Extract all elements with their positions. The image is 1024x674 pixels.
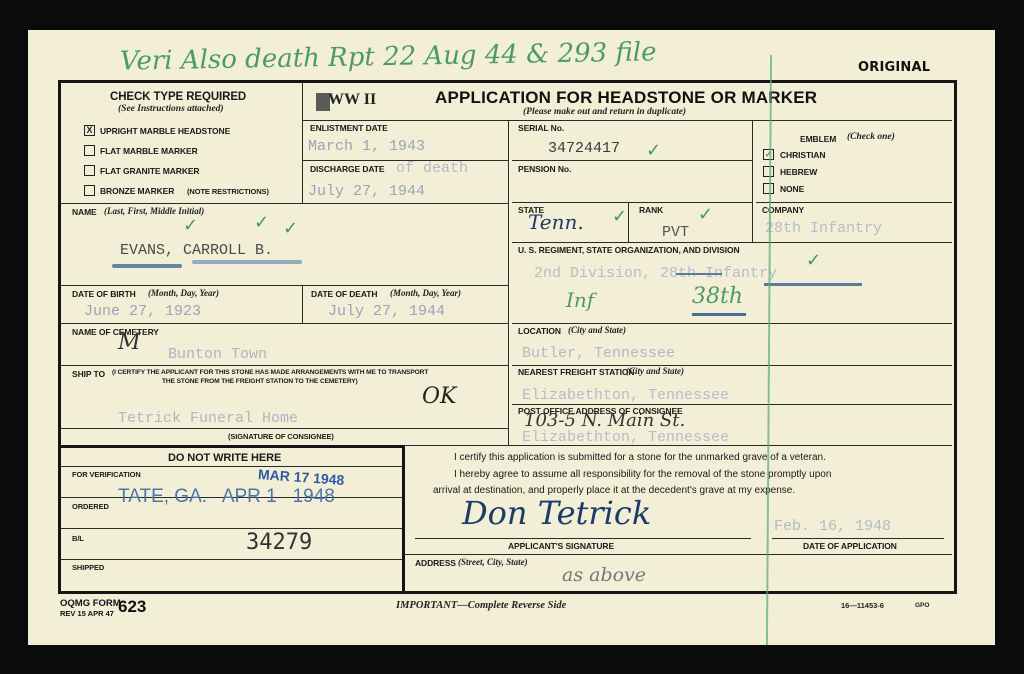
cemetery-value[interactable]: Bunton Town — [168, 346, 267, 363]
consignee-address-handwritten: 103-5 N. Main St. — [524, 410, 685, 431]
divider — [512, 160, 752, 161]
regiment-label: U. S. REGIMENT, STATE ORGANIZATION, AND … — [518, 245, 740, 255]
divider — [512, 202, 752, 203]
divider — [61, 203, 508, 204]
divider — [61, 323, 508, 324]
ship-to-certify-line1: (I CERTIFY THE APPLICANT FOR THIS STONE … — [112, 369, 428, 376]
checkmark-icon: ✓ — [646, 140, 661, 161]
address-label-note: (Street, City, State) — [458, 557, 528, 567]
ship-to-label: SHIP TO — [72, 369, 105, 379]
location-value[interactable]: Butler, Tennessee — [522, 345, 675, 362]
divider — [61, 466, 402, 467]
consignee-address-value[interactable]: Elizabethton, Tennessee — [522, 429, 729, 446]
form-id-line1: OQMG FORM — [60, 598, 121, 609]
shipped-label: SHIPPED — [72, 563, 104, 572]
regiment-handwritten-correction: 38th — [692, 284, 743, 309]
emblem-label: EMBLEM — [800, 134, 836, 144]
location-label-note: (City and State) — [568, 325, 626, 335]
date-of-application-value[interactable]: Feb. 16, 1948 — [774, 518, 891, 535]
divider — [61, 285, 508, 286]
divider — [61, 428, 508, 429]
ship-to-value[interactable]: Tetrick Funeral Home — [118, 410, 298, 427]
underline-mark — [692, 313, 746, 316]
certification-line2: I hereby agree to assume all responsibil… — [454, 469, 831, 480]
name-label: NAME — [72, 207, 97, 217]
name-value[interactable]: EVANS, CARROLL B. — [120, 242, 273, 259]
for-verification-label: FOR VERIFICATION — [72, 470, 141, 479]
date-of-death-label-note: (Month, Day, Year) — [390, 288, 461, 298]
option-label: FLAT GRANITE MARKER — [100, 166, 199, 176]
checkmark-icon: ✓ — [612, 206, 627, 227]
option-label: FLAT MARBLE MARKER — [100, 146, 198, 156]
discharge-date-label: DISCHARGE DATE — [310, 164, 384, 174]
checkmark-icon: ✓ — [283, 218, 298, 239]
checkmark-icon: ✓ — [183, 215, 198, 236]
certification-line1: I certify this application is submitted … — [454, 452, 826, 463]
checkbox-flat-granite[interactable] — [84, 165, 95, 176]
consignee-signature-label: (SIGNATURE OF CONSIGNEE) — [228, 432, 334, 441]
applicant-signature[interactable]: Don Tetrick — [462, 494, 651, 532]
emblem-option-label: HEBREW — [780, 167, 817, 177]
freight-station-label: NEAREST FREIGHT STATION — [518, 367, 634, 377]
option-note: (NOTE RESTRICTIONS) — [187, 187, 269, 196]
freight-station-label-note: (City and State) — [626, 366, 684, 376]
checkbox-bronze[interactable] — [84, 185, 95, 196]
divider — [61, 559, 402, 560]
date-of-application-label: DATE OF APPLICATION — [803, 541, 897, 551]
divider — [61, 365, 508, 366]
check-type-subheading: (See Instructions attached) — [118, 104, 224, 114]
original-label: ORIGINAL — [858, 60, 930, 75]
ship-to-certify-line2: THE STONE FROM THE FREIGHT STATION TO TH… — [162, 378, 358, 385]
underline-mark — [764, 283, 862, 286]
ship-to-handwritten-mark: OK — [422, 384, 456, 409]
divider — [61, 528, 402, 529]
divider — [512, 404, 952, 405]
enlistment-date-value[interactable]: March 1, 1943 — [308, 138, 425, 155]
divider — [512, 323, 952, 324]
applicant-signature-label: APPLICANT'S SIGNATURE — [508, 541, 614, 551]
enlistment-date-label: ENLISTMENT DATE — [310, 123, 388, 133]
cemetery-label: NAME OF CEMETERY — [72, 327, 159, 337]
underline-mark — [112, 264, 182, 268]
address-label: ADDRESS — [415, 558, 456, 568]
ordered-label: ORDERED — [72, 502, 109, 511]
divider — [756, 202, 952, 203]
freight-station-value[interactable]: Elizabethton, Tennessee — [522, 387, 729, 404]
divider — [302, 83, 303, 203]
strikethrough-mark — [676, 273, 722, 275]
divider — [628, 202, 629, 242]
divider — [302, 120, 952, 121]
important-note: IMPORTANT—Complete Reverse Side — [396, 600, 566, 611]
underline-mark — [192, 260, 302, 264]
checkmark-icon: ✓ — [698, 204, 713, 225]
emblem-option-label: NONE — [780, 184, 804, 194]
date-of-birth-label: DATE OF BIRTH — [72, 289, 136, 299]
serial-no-value[interactable]: 34724417 — [548, 140, 620, 157]
regiment-handwritten-note: Inf — [566, 288, 594, 312]
checkmark-icon: ✓ — [254, 212, 269, 233]
date-of-birth-value[interactable]: June 27, 1923 — [84, 303, 201, 320]
discharge-date-note: of death — [396, 160, 468, 177]
divider — [772, 538, 944, 539]
pension-no-label: PENSION No. — [518, 164, 571, 174]
rank-label: RANK — [639, 205, 663, 215]
form-number: 623 — [118, 597, 146, 617]
gpo-label: GPO — [915, 602, 929, 609]
divider — [512, 242, 952, 243]
serial-no-label: SERIAL No. — [518, 123, 564, 133]
print-code: 16—11453-6 — [841, 601, 884, 610]
checkbox-flat-marble[interactable] — [84, 145, 95, 156]
checkbox-upright-marble[interactable]: X — [84, 125, 95, 136]
bl-value: 34279 — [246, 530, 312, 555]
form-id-line2: REV 15 APR 47 — [60, 609, 114, 618]
form-title: APPLICATION FOR HEADSTONE OR MARKER — [435, 88, 817, 108]
divider — [302, 285, 303, 323]
date-of-death-value[interactable]: July 27, 1944 — [328, 303, 445, 320]
option-label: UPRIGHT MARBLE HEADSTONE — [100, 126, 230, 136]
address-value[interactable]: as above — [562, 564, 646, 586]
rank-value[interactable]: PVT — [662, 224, 689, 241]
checkmark-icon: ✓ — [806, 250, 821, 271]
ordered-stamp: TATE, GA. APR 1 1948 — [118, 486, 335, 508]
divider — [508, 120, 509, 445]
divider — [415, 538, 751, 539]
form-subtitle: (Please make out and return in duplicate… — [523, 107, 686, 117]
emblem-label-note: (Check one) — [847, 132, 895, 142]
discharge-date-value[interactable]: July 27, 1944 — [308, 183, 425, 200]
cemetery-handwritten-mark: M — [118, 330, 141, 355]
bl-label: B/L — [72, 534, 84, 543]
divider — [405, 554, 952, 555]
state-value[interactable]: Tenn. — [528, 210, 584, 234]
ww2-label: WW II — [328, 91, 376, 109]
location-label: LOCATION — [518, 326, 561, 336]
divider — [752, 120, 753, 243]
date-of-birth-label-note: (Month, Day, Year) — [148, 288, 219, 298]
date-of-death-label: DATE OF DEATH — [311, 289, 377, 299]
divider — [512, 365, 952, 366]
emblem-option-label: CHRISTIAN — [780, 150, 825, 160]
option-label: BRONZE MARKER — [100, 186, 174, 196]
check-type-heading: CHECK TYPE REQUIRED — [110, 91, 246, 103]
company-value[interactable]: 28th Infantry — [765, 220, 882, 237]
office-use-heading: DO NOT WRITE HERE — [168, 452, 281, 464]
regiment-value[interactable]: 2nd Division, 28th Infantry — [534, 265, 777, 282]
